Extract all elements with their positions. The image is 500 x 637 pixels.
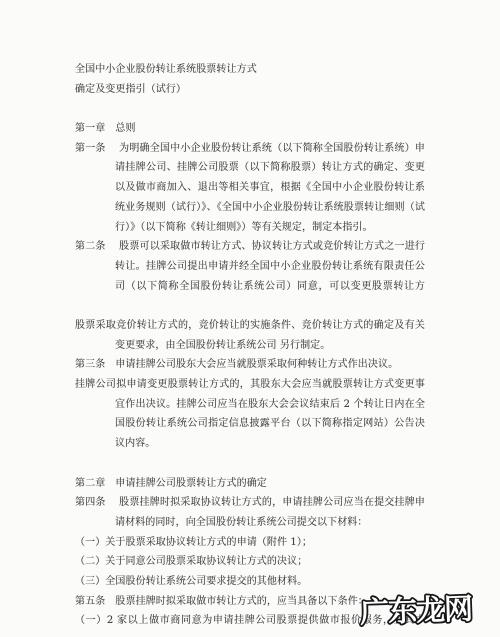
doc-line: （二）关于同意公司股票采取协议转让方式的决议； — [75, 552, 425, 572]
doc-line: 国股份转让系统公司指定信息披露平台（以下简称指定网站）公告决 — [115, 414, 425, 434]
doc-line: 第四条 股票挂牌时拟采取协议转让方式的，申请挂牌公司应当在提交挂牌申 — [75, 493, 425, 513]
doc-line: 请材料的同时，向全国股份转让系统公司提交以下材料： — [115, 513, 425, 533]
doc-line: 行）》（以下简称《转让细则》）等有关规定，制定本指引。 — [115, 218, 425, 238]
doc-line: （一）2 家以上做市商同意为申请挂牌公司股票提供做市报价服务，且其中 — [75, 611, 425, 631]
doc-line: 宜作出决议。挂牌公司应当在股东大会会议结束后 2 个转让日内在全 — [115, 395, 425, 415]
doc-line: 议内容。 — [115, 434, 425, 454]
doc-line: 第二条 股票可以采取做市转让方式、协议转让方式或竞价转让方式之一进行 — [75, 237, 425, 257]
chapter-heading-2: 第二章 申请挂牌公司股票转让方式的确定 — [75, 474, 425, 494]
doc-line: （一）关于股票采取协议转让方式的申请（附件 1）； — [75, 533, 425, 553]
doc-line: 变更要求，由全国股份转让系统公司 另行制定。 — [115, 336, 425, 356]
doc-line: 转让。挂牌公司提出申请并经全国中小企业股份转让系统有限责任公 — [115, 257, 425, 277]
doc-line: 统业务规则（试行）》、《全国中小企业股份转让系统股票转让细则（试 — [115, 198, 425, 218]
doc-line: 第一条 为明确全国中小企业股份转让系统（以下简称全国股份转让系统）申 — [75, 139, 425, 159]
chapter-heading-1: 第一章 总则 — [75, 119, 425, 139]
doc-title-line-1: 全国中小企业股份转让系统股票转让方式 — [75, 60, 425, 80]
document-page: 全国中小企业股份转让系统股票转让方式 确定及变更指引（试行） 第一章 总则 第一… — [0, 0, 500, 637]
doc-title-line-2: 确定及变更指引（试行） — [75, 80, 425, 100]
doc-line: （三）全国股份转让系统公司要求提交的其他材料。 — [75, 572, 425, 592]
doc-line: 股票采取竞价转让方式的，竞价转让的实施条件、竞价转让方式的确定及有关 — [75, 316, 425, 336]
doc-line: 以及做市商加入、退出等相关事宜，根据《全国中小企业股份转让系 — [115, 178, 425, 198]
doc-line: 挂牌公司拟申请变更股票转让方式的，其股东大会应当就股票转让方式变更事 — [75, 375, 425, 395]
doc-line: 司（以下简称全国股份转让系统公司）同意，可以变更股票转让方式。 — [115, 277, 425, 297]
doc-line: 请挂牌公司、挂牌公司股票（以下简称股票）转让方式的确定、变更 — [115, 158, 425, 178]
doc-line: 第五条 股票挂牌时拟采取做市转让方式的，应当具备以下条件： — [75, 592, 425, 612]
doc-line: 第三条 申请挂牌公司股东大会应当就股票采取何种转让方式作出决议。 — [75, 355, 425, 375]
